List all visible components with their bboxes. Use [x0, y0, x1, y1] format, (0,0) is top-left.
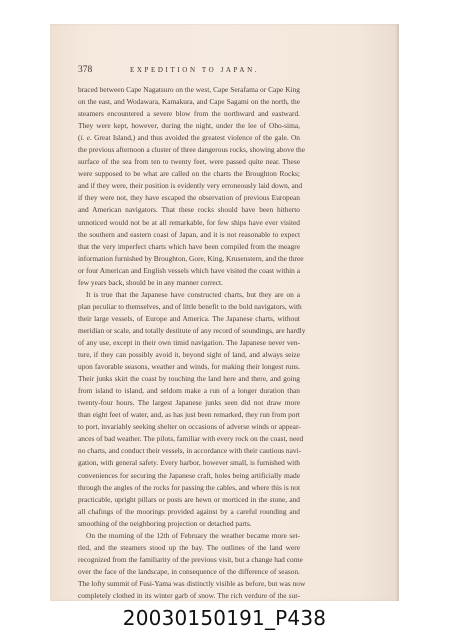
- text-line: ture, if they can possibly avoid it, bey…: [78, 349, 300, 361]
- text-line: twenty-four hours. The largest Japanese …: [78, 397, 300, 409]
- text-line: and American navigators. That these rock…: [78, 204, 300, 216]
- text-line: to port, invariably seeking shelter on o…: [78, 421, 300, 433]
- text-line: upon favorable seasons, weather and wind…: [78, 361, 300, 373]
- body-text: braced between Cape Nagatsuro on the wes…: [78, 84, 300, 602]
- text-line: recognized from the familiarity of the p…: [78, 554, 300, 566]
- text-line: Their junks skirt the coast by touching …: [78, 373, 300, 385]
- text-line: than eight feet of water, and, as has ju…: [78, 409, 300, 421]
- text-line: braced between Cape Nagatsuro on the wes…: [78, 84, 300, 96]
- text-line: over the face of the landscape, in conse…: [78, 566, 300, 578]
- text-line: steamers encountered a severe blow from …: [78, 108, 300, 120]
- text-line: or four American and English vessels whi…: [78, 265, 300, 277]
- text-line: unnoticed would not be at all remarkable…: [78, 217, 300, 229]
- text-line: information furnished by Broughton, Gore…: [78, 253, 300, 265]
- text-line: of any use, except in their own timid na…: [78, 337, 300, 349]
- text-line: surface of the sea from ten to twenty fe…: [78, 156, 300, 168]
- text-line: It is true that the Japanese have constr…: [78, 289, 300, 301]
- image-caption: 20030150191_P438: [0, 606, 449, 630]
- text-line: and if they were, their position is evid…: [78, 180, 300, 192]
- text-line: The lofty summit of Fusi-Yama was distin…: [78, 578, 300, 590]
- text-line: tled, and the steamers stood up the bay.…: [78, 542, 300, 554]
- text-line: completely clothed in its winter garb of…: [78, 590, 300, 602]
- page-header: 378 EXPEDITION TO JAPAN.: [78, 65, 300, 77]
- text-line: all chafings of the moorings provided ag…: [78, 506, 300, 518]
- text-line: through the angles of the rocks for pass…: [78, 482, 300, 494]
- text-line: On the morning of the 12th of February t…: [78, 530, 300, 542]
- text-line: conveniences for securing the Japanese c…: [78, 470, 300, 482]
- text-line: meridian or scale, and totally destitute…: [78, 325, 300, 337]
- running-title: EXPEDITION TO JAPAN.: [130, 66, 259, 74]
- text-line: few years back, should be in any manner …: [78, 277, 300, 289]
- text-line: no charts, and conduct their vessels, in…: [78, 445, 300, 457]
- text-line: gation, with general safety. Every harbo…: [78, 457, 300, 469]
- text-line: smoothing of the neighboring projection …: [78, 518, 300, 530]
- text-line: ances of bad weather. The pilots, famili…: [78, 433, 300, 445]
- text-line: practicable, upright pillars or posts ar…: [78, 494, 300, 506]
- text-line: They were kept, however, during the nigh…: [78, 120, 300, 132]
- text-line: that the very imperfect charts which hav…: [78, 241, 300, 253]
- text-line: the southern and eastern coast of Japan,…: [78, 229, 300, 241]
- text-line: were supposed to be what are called on t…: [78, 168, 300, 180]
- text-line: the previous afternoon a cluster of thre…: [78, 144, 300, 156]
- text-line: plan peculiar to themselves, and of litt…: [78, 301, 300, 313]
- text-line: if they were not, they have escaped the …: [78, 192, 300, 204]
- text-line: their large vessels, of Europe and Ameri…: [78, 313, 300, 325]
- text-line: on the east, and Wodawara, Kamakura, and…: [78, 96, 300, 108]
- text-line: (i. e. Great Island,) and thus avoided t…: [78, 132, 300, 144]
- text-line: from island to island, and seldom make a…: [78, 385, 300, 397]
- page-number: 378: [78, 65, 92, 75]
